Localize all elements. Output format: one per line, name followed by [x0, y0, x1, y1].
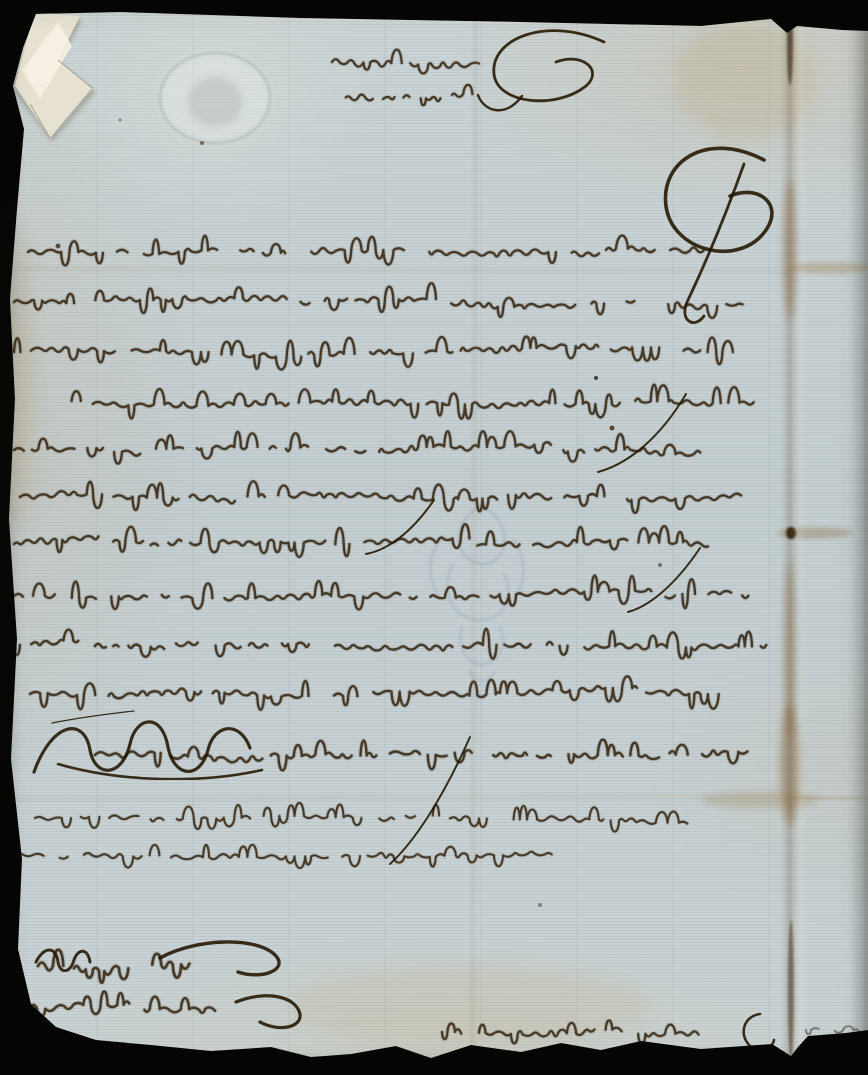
body-line: [14, 337, 733, 370]
crest-watermark-stroke: [431, 540, 440, 596]
seal-smudge: [188, 77, 243, 127]
paper-stain: [777, 527, 853, 539]
docket-c-curl-flourish: [744, 1014, 774, 1050]
ink-layer: [0, 0, 868, 1075]
header-line-bleed: [346, 85, 473, 106]
ink-speck: [610, 426, 615, 431]
ink-speck: [775, 5, 781, 11]
fold-crease: [12, 268, 789, 272]
initial-spiral-flourish: [665, 148, 771, 251]
body-line: [14, 283, 743, 318]
ink-speck: [200, 141, 204, 145]
ink-speck: [594, 376, 598, 380]
watermark-layer: [160, 53, 523, 681]
body-line: [72, 385, 754, 419]
paper-stain: [4, 230, 32, 530]
signature-bold-loop-2-flourish: [236, 996, 300, 1028]
ink-speck: [56, 244, 61, 249]
body-line: [14, 629, 766, 659]
torn-corner-layer: [12, 12, 96, 142]
closing-line: [14, 845, 552, 868]
underline-stroke-flourish: [52, 711, 134, 723]
descender-tail-2-flourish: [366, 500, 434, 554]
fold-crease: [12, 796, 789, 800]
paper-stain: [700, 792, 820, 808]
crest-watermark-stroke: [459, 508, 505, 564]
valediction-loops-flourish: [34, 722, 250, 772]
manuscript-sheet: [0, 0, 868, 1075]
header-big-loop-flourish: [494, 31, 604, 101]
body-line-bleed: [14, 629, 766, 659]
ink-speck: [538, 903, 542, 907]
paper-stain: [675, 20, 815, 140]
body-line-bleed: [14, 431, 700, 463]
header-line: [332, 50, 479, 74]
ink-speck: [658, 563, 662, 567]
fold-crease: [792, 797, 868, 799]
body-line: [28, 236, 704, 266]
body-line-bleed: [95, 740, 747, 771]
signature-bold-loop-1-flourish: [160, 942, 279, 975]
fold-crease: [38, 16, 768, 25]
body-line: [14, 576, 748, 610]
photo-backdrop: [0, 0, 868, 1075]
paper-stain: [290, 965, 650, 1045]
fold-crease: [472, 20, 476, 1050]
ink-speck: [119, 119, 122, 122]
handwriting-layer: [14, 5, 864, 1050]
crease-layer: [12, 14, 868, 1052]
